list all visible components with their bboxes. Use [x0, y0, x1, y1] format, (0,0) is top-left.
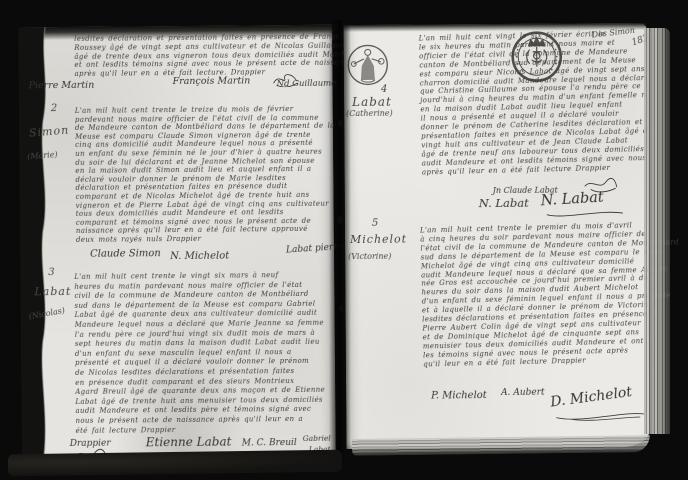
- cover-edge-bottom: [8, 450, 342, 477]
- signature-p-michelot: P. Michelot: [431, 390, 487, 401]
- margin-act-number-4: 4: [381, 84, 387, 95]
- signature-n-labat-2: N. Labat: [540, 190, 604, 210]
- signature-n-michelot: N. Michelot: [170, 251, 229, 263]
- signature-mc-breuil: M. C. Breuil: [242, 438, 297, 448]
- margin-givenname-catherine: (Catherine): [346, 109, 393, 118]
- signature-n-labat-1: N. Labat: [479, 196, 529, 210]
- left-page: lesdites déclaration et présentation fai…: [22, 25, 336, 465]
- margin-act-number-3: 3: [48, 267, 54, 278]
- signature-claude-simon: Claude Simon: [90, 248, 161, 260]
- signature-pierre-martin: Pierre Martin: [29, 80, 95, 92]
- signature-nd-guillaume: Nd Guillaume: [277, 79, 337, 90]
- margin-act-number-5: 5: [372, 218, 378, 229]
- margin-act-number-2: 2: [51, 103, 57, 114]
- signature-gabriel: Gabriel: [303, 434, 331, 443]
- margin-surname-labat: Labat: [352, 95, 392, 109]
- act-4-text: L'an mil huit cent vingt le six février …: [419, 29, 654, 177]
- act-2-text: L'an mil huit cent trente le treize du m…: [75, 105, 336, 245]
- gutter-shadow: [329, 20, 351, 466]
- margin-surname-labat: Labat: [34, 285, 71, 298]
- act-1-text: lesdites déclaration et présentation fai…: [74, 32, 362, 78]
- page-edge-stack-right: [644, 28, 670, 434]
- signature-underline-flourish-icon: [552, 411, 648, 424]
- signature-a-aubert: A. Aubert: [501, 388, 545, 398]
- margin-surname-simon: Simon: [29, 124, 70, 140]
- figure-seal-icon: [346, 42, 390, 88]
- register-scan: lesdites déclaration et présentation fai…: [0, 0, 688, 480]
- signature-francois-martin: François Martin: [173, 75, 251, 87]
- handwriting-line: deux mots rayés nuls Drappier: [76, 234, 336, 245]
- right-page: Des Simon 1827: [344, 23, 650, 449]
- page-edge-stack-bottom: [352, 435, 650, 456]
- binding-stitch: [337, 216, 343, 224]
- act-5-text: L'an mil huit cent trente le premier du …: [420, 220, 682, 369]
- signature-underline-flourish-icon: [545, 209, 625, 220]
- margin-surname-michelot: Michelot: [350, 233, 407, 246]
- act-3-text: L'an mil huit cent trente le vingt six m…: [74, 271, 325, 436]
- margin-givenname-victorine: (Victorine): [348, 252, 391, 261]
- binding-stitch: [338, 120, 343, 127]
- binding-stitch: [339, 305, 344, 312]
- signature-d-michelot: D. Michelot: [549, 384, 633, 410]
- deckled-left-edge: [18, 27, 56, 464]
- signature-etienne-labat: Etienne Labat: [146, 435, 232, 450]
